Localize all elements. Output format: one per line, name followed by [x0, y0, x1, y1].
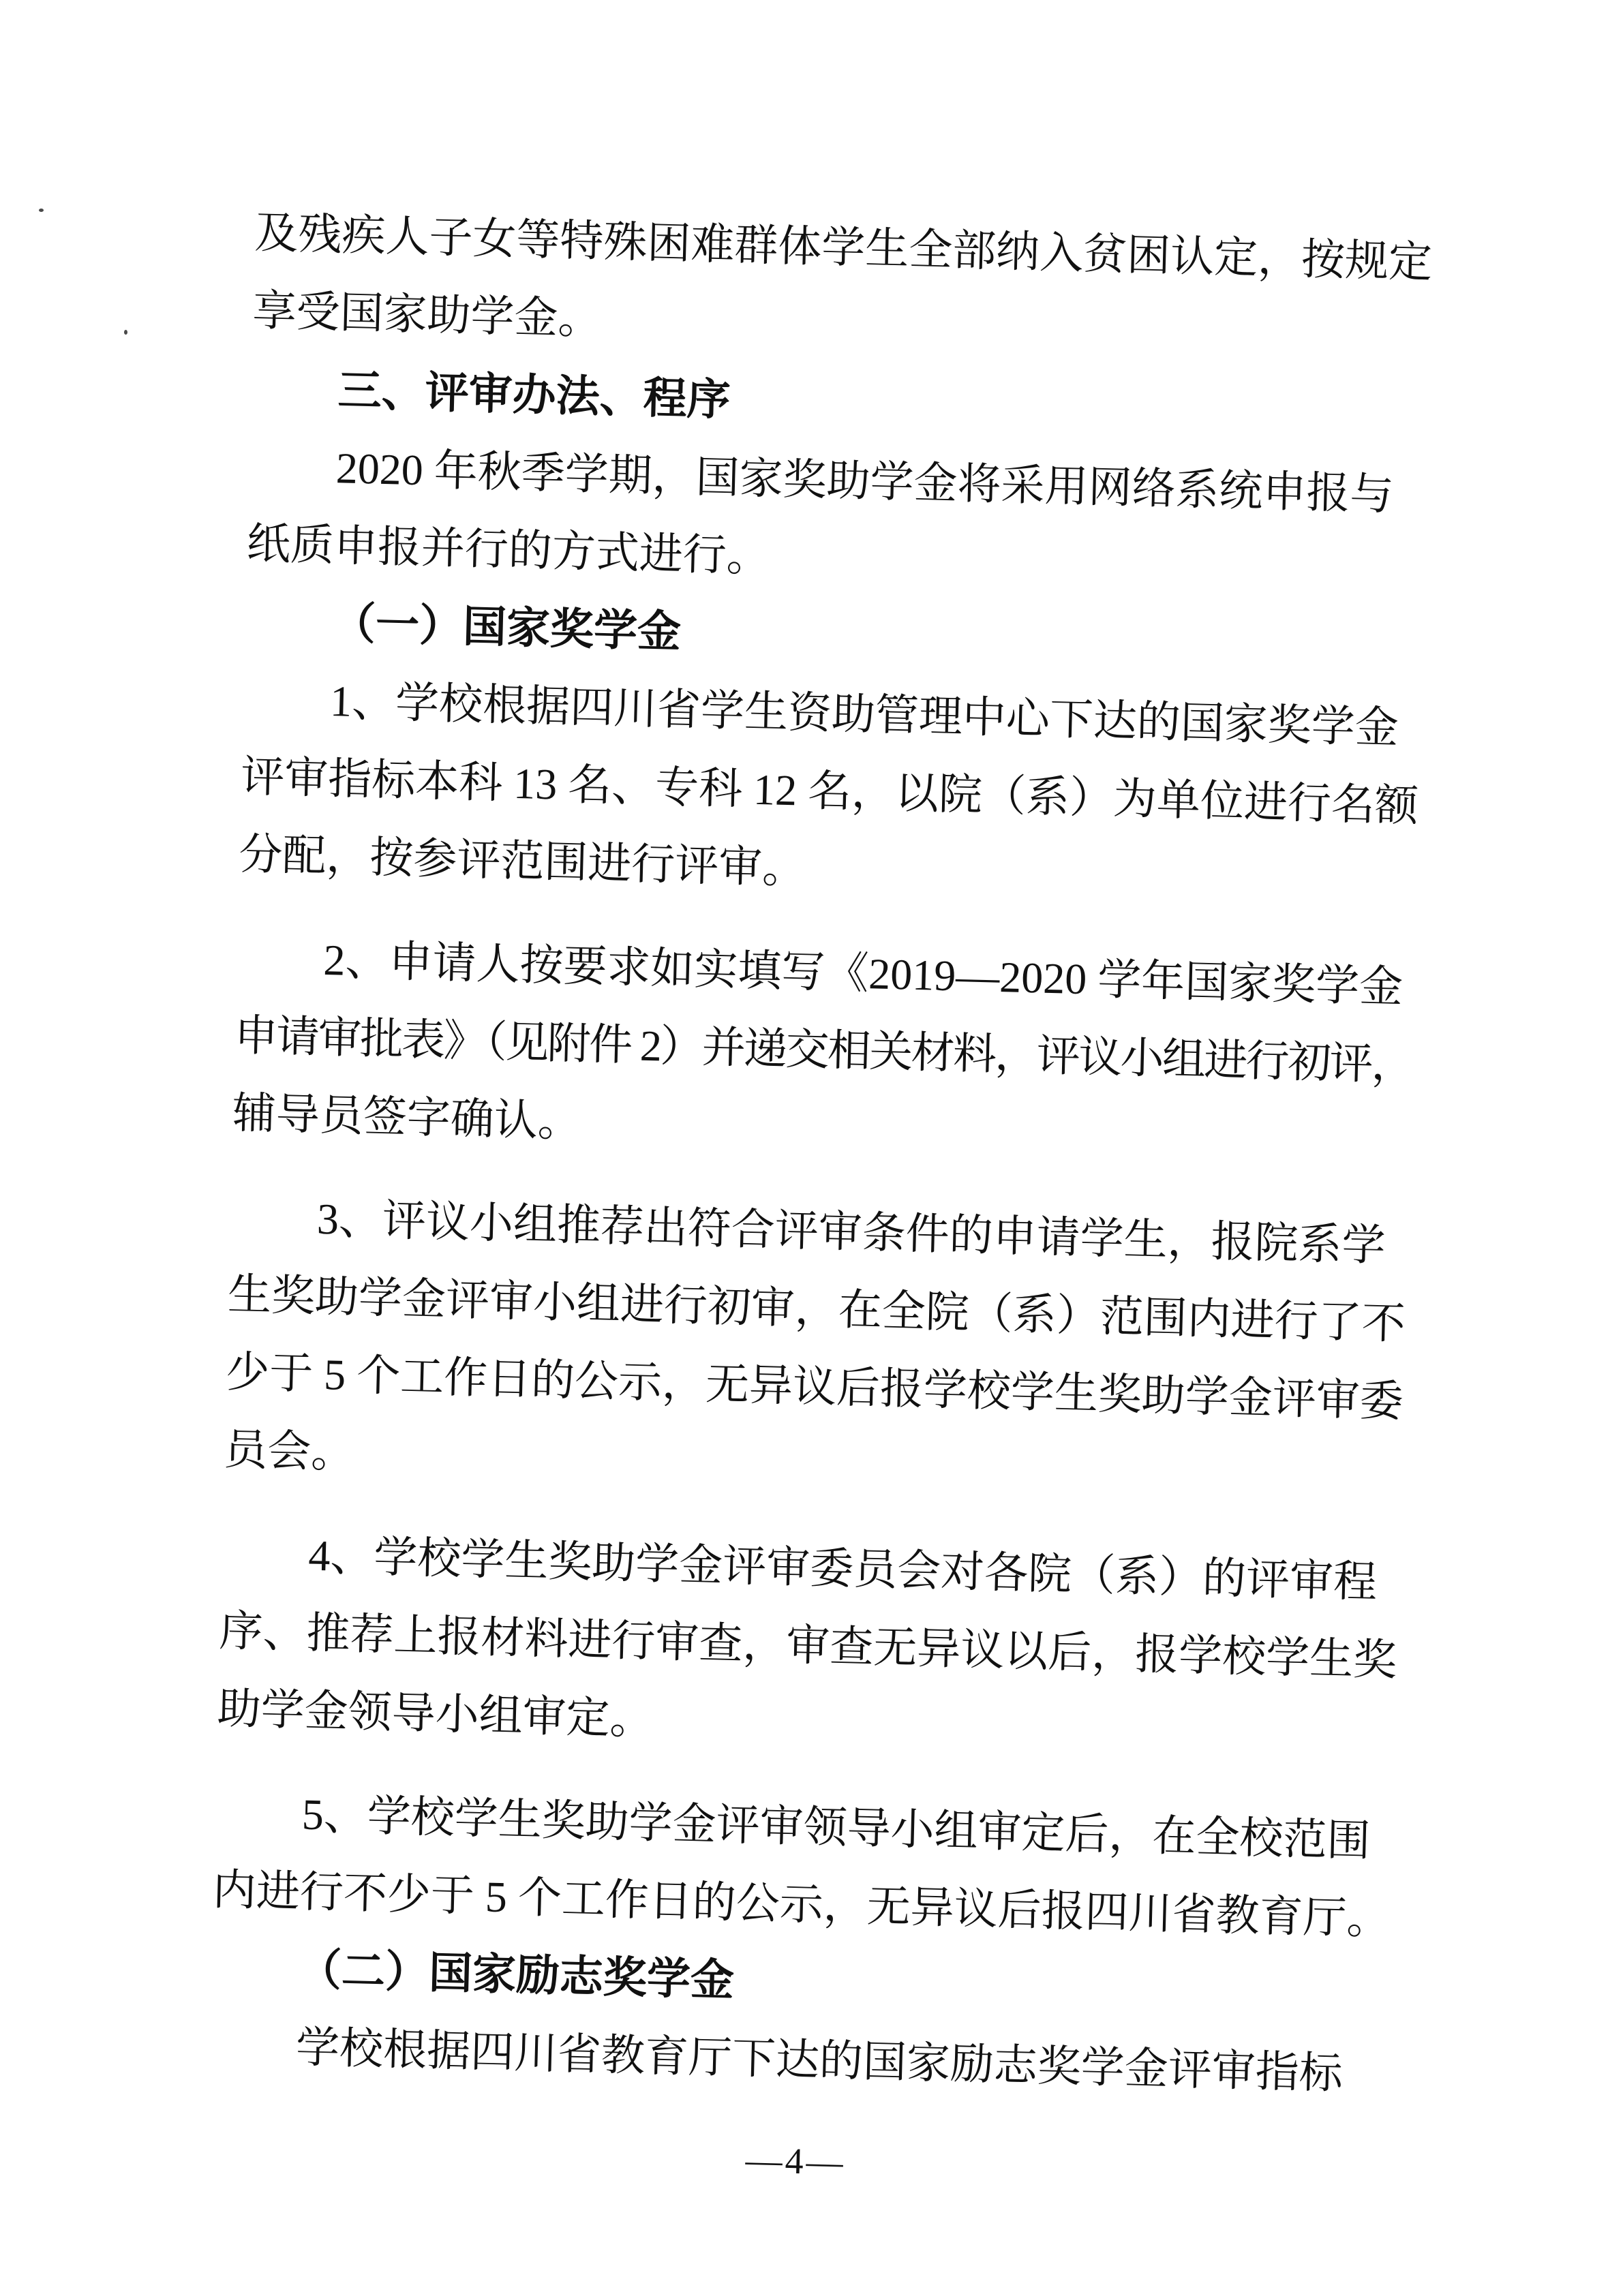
document-text-block: 及残疾人子女等特殊困难群体学生全部纳入贫困认定，按规定享受国家助学金。三、评审办…	[205, 194, 1434, 2215]
document-page: 及残疾人子女等特殊困难群体学生全部纳入贫困认定，按规定享受国家助学金。三、评审办…	[0, 0, 1623, 2296]
scan-speck-icon	[124, 330, 127, 335]
scan-speck-icon	[39, 209, 44, 212]
page-number: —4—	[205, 2107, 1386, 2215]
